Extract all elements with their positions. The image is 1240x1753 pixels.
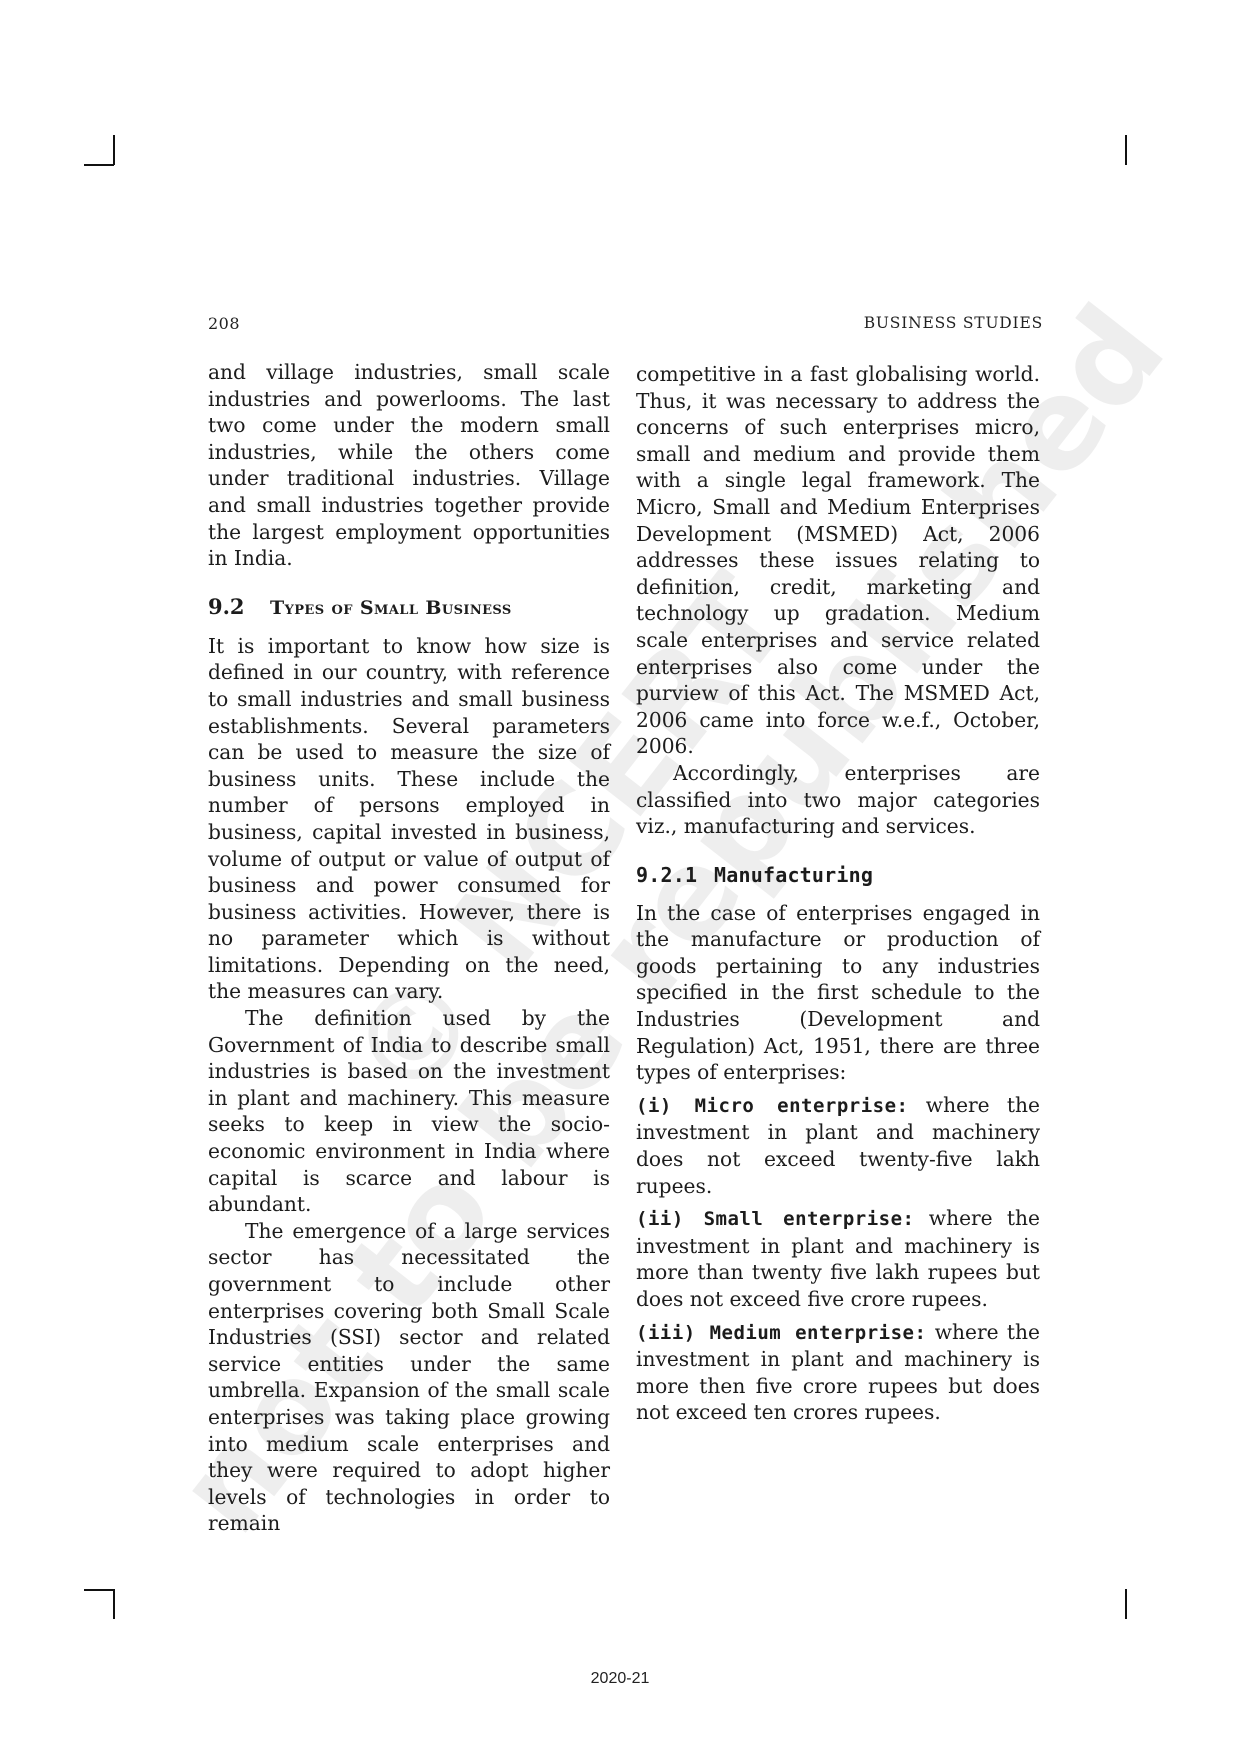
crop-mark-bottom-left-v	[113, 1589, 115, 1619]
page-number: 208	[208, 314, 240, 333]
crop-mark-top-left-v	[113, 135, 115, 165]
list-item-micro: (i) Micro enterprise: where the investme…	[636, 1092, 1040, 1199]
footer-year: 2020-21	[0, 1670, 1240, 1688]
subsection-heading: 9.2.1Manufacturing	[636, 862, 1040, 888]
paragraph-size-parameters: It is important to know how size is defi…	[208, 633, 610, 1005]
crop-mark-bottom-right-v	[1125, 1589, 1127, 1619]
term-label: (iii) Medium enterprise:	[636, 1322, 926, 1344]
paragraph-classification: Accordingly, enterprises are classified …	[636, 760, 1040, 840]
term-label: (i) Micro enterprise:	[636, 1095, 909, 1117]
paragraph-msmed-act: competitive in a fast globalising world.…	[636, 361, 1040, 760]
running-head-title: BUSINESS STUDIES	[864, 314, 1043, 332]
paragraph-government-definition: The definition used by the Government of…	[208, 1005, 610, 1218]
paragraph-manufacturing: In the case of enterprises engaged in th…	[636, 900, 1040, 1086]
section-title: Types of Small Business	[270, 597, 512, 619]
crop-mark-bottom-left-h	[84, 1589, 114, 1591]
section-number: 9.2	[208, 594, 270, 620]
paragraph-continued: and village industries, small scale indu…	[208, 359, 610, 572]
list-item-medium: (iii) Medium enterprise: where the inves…	[636, 1319, 1040, 1426]
subsection-title: Manufacturing	[714, 863, 873, 887]
left-column: and village industries, small scale indu…	[208, 359, 610, 1537]
list-item-small: (ii) Small enterprise: where the investm…	[636, 1205, 1040, 1312]
crop-mark-top-right-v	[1125, 135, 1127, 165]
term-label: (ii) Small enterprise:	[636, 1208, 914, 1230]
subsection-number: 9.2.1	[636, 862, 714, 888]
right-column: competitive in a fast globalising world.…	[636, 361, 1040, 1426]
paragraph-services-sector: The emergence of a large services sector…	[208, 1218, 610, 1537]
crop-mark-top-left-h	[84, 164, 114, 166]
section-heading: 9.2Types of Small Business	[208, 594, 610, 621]
